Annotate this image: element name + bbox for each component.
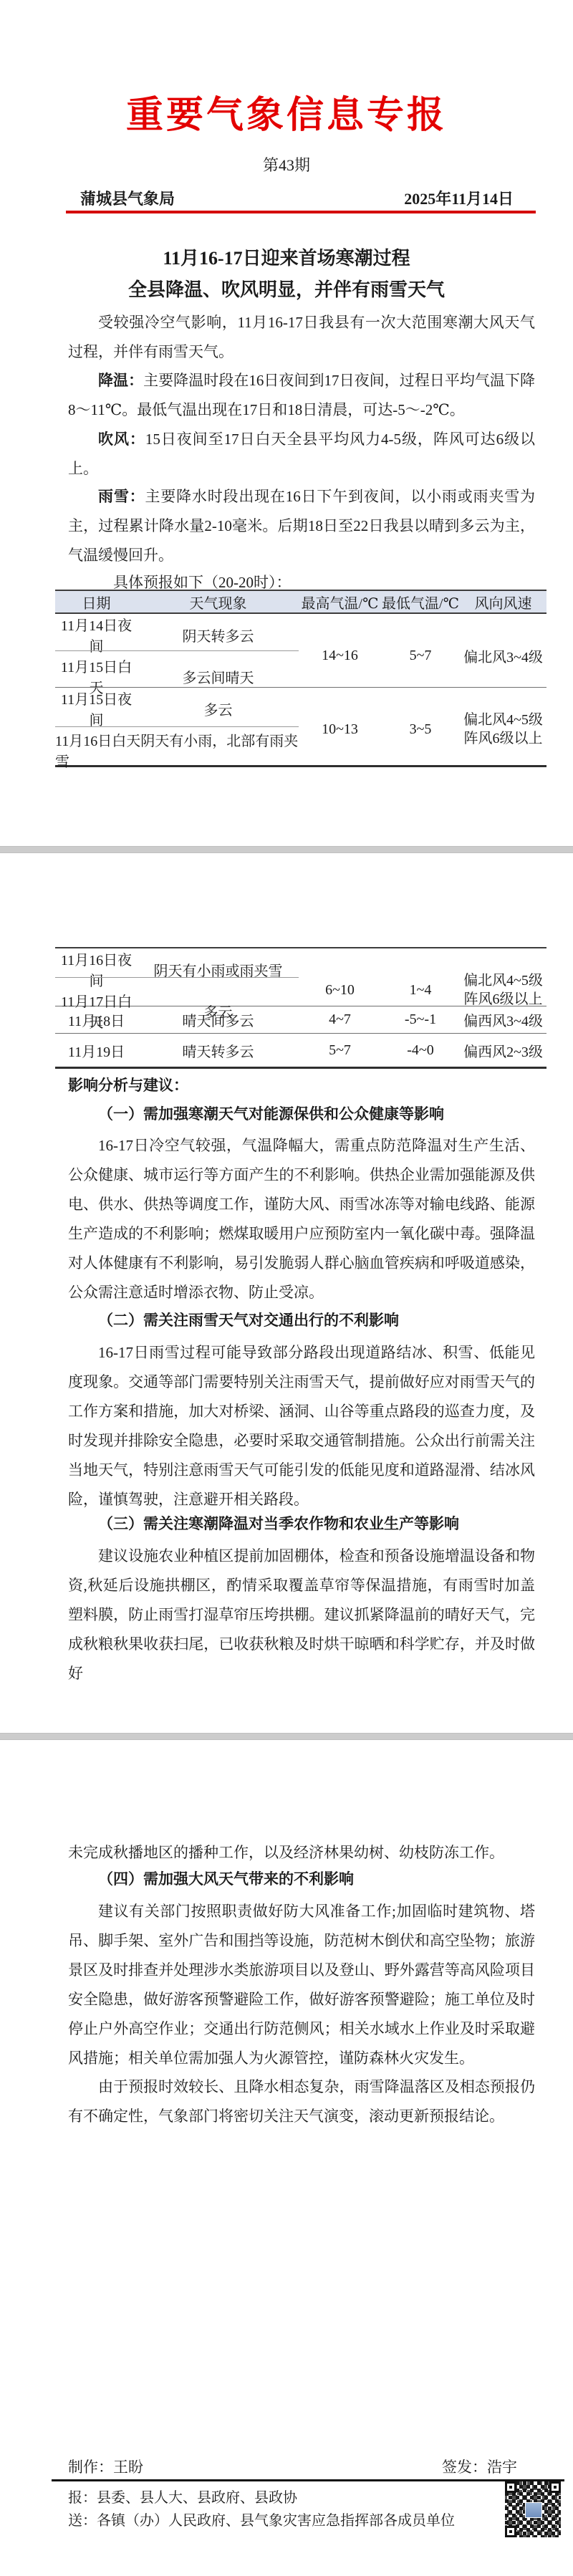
cell-high-temp: 6~10 — [299, 948, 381, 1032]
forecast-table-part1: 日期 天气现象 最高气温/℃ 最低气温/℃ 风向风速 11月14日夜间 阴天转多… — [55, 590, 546, 767]
section2-body: 16-17日雨雪过程可能导致部分路段出现道路结冰、积雪、低能见度现象。交通等部门… — [68, 1338, 535, 1514]
row-partial-divider — [55, 726, 299, 727]
headline-line2: 全县降温、吹风明显，并伴有雨雪天气 — [0, 275, 573, 302]
bulletin-document: 重要气象信息专报 第43期 蒲城县气象局 2025年11月14日 11月16-1… — [0, 0, 573, 2576]
cell-wind: 偏北风3~4级 — [460, 614, 546, 697]
qr-finder-top-right — [549, 2481, 561, 2493]
qr-finder-bottom-left — [505, 2526, 516, 2537]
wind-line1: 偏北风4~5级 — [463, 712, 543, 728]
section4-heading: （四）需加强大风天气带来的不利影响 — [68, 1868, 535, 1889]
cell-weather: 晴天转多云 — [138, 1040, 299, 1061]
cell-date: 11月15日夜间 — [55, 688, 138, 729]
page-break-band — [0, 846, 573, 853]
headline-line1: 11月16-17日迎来首场寒潮过程 — [0, 244, 573, 270]
issue-number: 第43期 — [0, 153, 573, 176]
cell-date: 11月16日夜间 — [55, 948, 138, 990]
wind-paragraph: 吹风：15日夜间至17日白天全县平均风力4-5级，阵风可达6级以上。 — [68, 425, 535, 484]
forecast-table-header: 日期 天气现象 最高气温/℃ 最低气温/℃ 风向风速 — [55, 590, 546, 614]
footer-divider — [52, 2479, 564, 2481]
advice-title: 影响分析与建议： — [68, 1074, 535, 1095]
section3-heading: （三）需关注寒潮降温对当季农作物和农业生产等影响 — [68, 1512, 535, 1534]
maker-name: 制作：王盼 — [68, 2456, 143, 2477]
intro-paragraph: 受较强冷空气影响，11月16-17日我县有一次大范围寒潮大风天气过程，并伴有雨雪… — [68, 308, 535, 367]
section3-body-part1: 建议设施农业种植区提前加固棚体，检查和预备设施增温设备和物资,秋延后设施拱棚区，… — [68, 1542, 535, 1688]
send-to-line: 送：各镇（办）人民政府、县气象灾害应急指挥部各成员单位 — [68, 2509, 491, 2529]
issue-date: 2025年11月14日 — [404, 187, 514, 209]
rainsnow-label: 雨雪： — [98, 488, 145, 505]
row-partial-divider — [55, 977, 299, 978]
cell-weather: 阴天转多云 — [138, 614, 299, 655]
cell-weather: 多云 — [138, 990, 299, 1032]
cell-date: 11月14日夜间 — [55, 614, 138, 655]
qr-finder-top-left — [505, 2481, 516, 2493]
cell-weather: 多云 — [138, 688, 299, 729]
wind-line1: 偏北风4~5级 — [463, 973, 543, 989]
signer-name: 签发：浩宇 — [442, 2456, 517, 2477]
cell-high-temp: 5~7 — [299, 1042, 381, 1059]
report-to-line: 报：县委、县人大、县政府、县政协 — [68, 2486, 491, 2507]
cooling-paragraph: 降温：主要降温时段在16日夜间到17日夜间，过程日平均气温下降8～11℃。最低气… — [68, 366, 535, 425]
table-group-1: 11月14日夜间 阴天转多云 14~16 5~7 偏北风3~4级 11月15日白… — [55, 614, 546, 687]
wind-label: 吹风： — [98, 431, 145, 448]
cell-date-weather-combined: 11月16日白天阴天有小雨，北部有雨夹雪 — [55, 729, 299, 771]
maker-signer-row: 制作：王盼 签发：浩宇 — [68, 2456, 517, 2477]
agency-name: 蒲城县气象局 — [80, 187, 175, 209]
header-divider — [66, 211, 536, 213]
qr-code-icon — [505, 2481, 561, 2537]
cell-wind: 偏北风4~5级阵风6级以上 — [460, 948, 546, 1032]
agency-date-row: 蒲城县气象局 2025年11月14日 — [80, 187, 514, 209]
section4-body: 建议有关部门按照职责做好防大风准备工作;加固临时建筑物、塔吊、脚手架、室外广告和… — [68, 1897, 535, 2073]
cell-low-temp: -4~0 — [381, 1042, 460, 1059]
cell-high-temp: 10~13 — [299, 688, 381, 771]
section1-heading: （一）需加强寒潮天气对能源保供和公众健康等影响 — [68, 1102, 535, 1124]
col-header-date: 日期 — [55, 592, 138, 612]
cell-weather: 阴天有小雨或雨夹雪 — [138, 948, 299, 990]
table-row-nov19: 11月19日 晴天转多云 5~7 -4~0 偏西风2~3级 — [55, 1033, 546, 1069]
page-break-band — [0, 1733, 573, 1740]
row-partial-divider — [55, 650, 299, 651]
col-header-high: 最高气温/℃ — [299, 592, 381, 612]
cell-date: 11月17日白天 — [55, 990, 138, 1032]
table-group-2: 11月15日夜间 多云 10~13 3~5 偏北风4~5级阵风6级以上 11月1… — [55, 687, 546, 767]
col-header-weather: 天气现象 — [138, 592, 299, 612]
wind-line2: 阵风6级以上 — [463, 991, 542, 1007]
closing-paragraph: 由于预报时效较长、且降水相态复杂，雨雪降温落区及相态预报仍有不确定性，气象部门将… — [68, 2072, 535, 2131]
cell-high-temp: 14~16 — [299, 614, 381, 697]
forecast-table-part2: 11月16日夜间 阴天有小雨或雨夹雪 6~10 1~4 偏北风4~5级阵风6级以… — [55, 947, 546, 1069]
wind-line2: 阵风6级以上 — [463, 731, 542, 746]
cooling-label: 降温： — [98, 372, 143, 389]
cell-low-temp: 3~5 — [381, 688, 460, 771]
qr-center-image — [525, 2502, 542, 2518]
cell-wind: 偏北风4~5级阵风6级以上 — [460, 688, 546, 771]
table-group-3: 11月16日夜间 阴天有小雨或雨夹雪 6~10 1~4 偏北风4~5级阵风6级以… — [55, 948, 546, 1006]
col-header-low: 最低气温/℃ — [381, 592, 460, 612]
cell-low-temp: 1~4 — [381, 948, 460, 1032]
cell-date: 11月19日 — [55, 1040, 138, 1061]
section1-body: 16-17日冷空气较强，气温降幅大，需重点防范降温对生产生活、公众健康、城市运行… — [68, 1131, 535, 1307]
cell-low-temp: 5~7 — [381, 614, 460, 697]
cell-wind: 偏西风2~3级 — [460, 1040, 546, 1061]
section3-body-part2: 未完成秋播地区的播种工作，以及经济林果幼树、幼枝防冻工作。 — [68, 1838, 535, 1868]
col-header-wind: 风向风速 — [460, 592, 546, 612]
section2-heading: （二）需关注雨雪天气对交通出行的不利影响 — [68, 1309, 535, 1330]
rainsnow-paragraph: 雨雪：主要降水时段出现在16日下午到夜间，以小雨或雨夹雪为主，过程累计降水量2-… — [68, 482, 535, 570]
page-title: 重要气象信息专报 — [0, 85, 573, 138]
